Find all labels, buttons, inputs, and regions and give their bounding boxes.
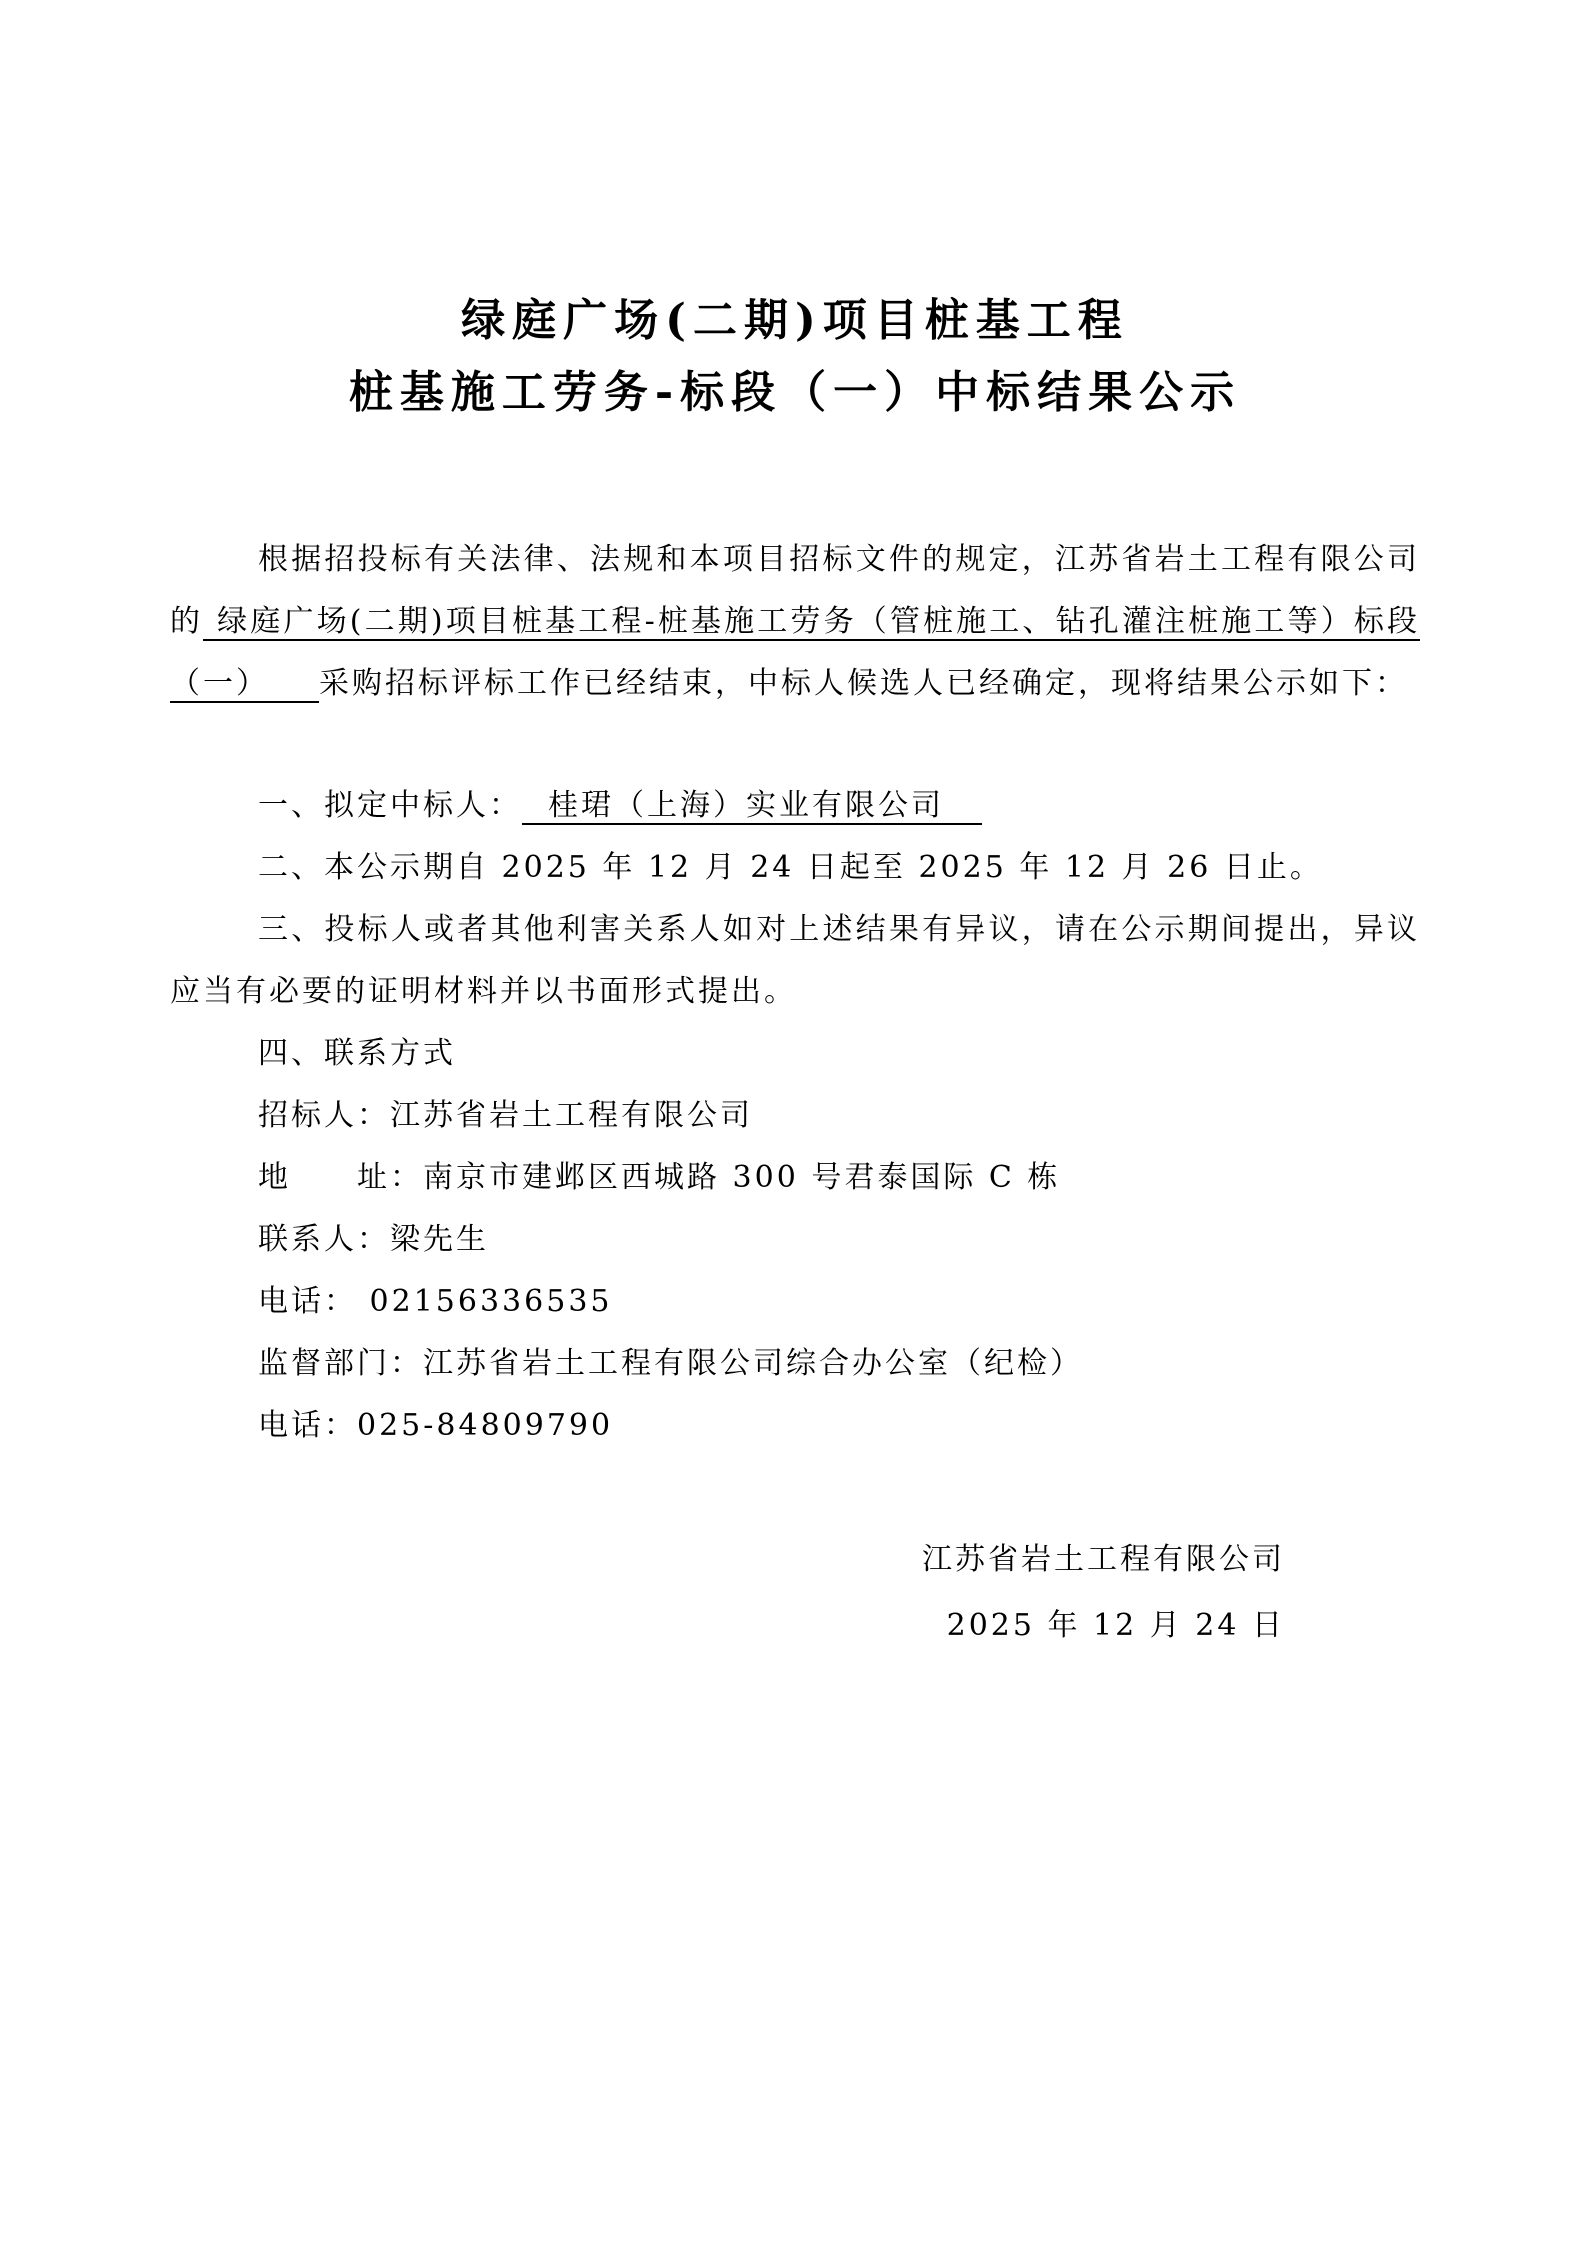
document-title: 绿庭广场(二期)项目桩基工程 桩基施工劳务-标段（一）中标结果公示: [170, 285, 1420, 429]
document-title-line-1: 绿庭广场(二期)项目桩基工程: [170, 285, 1420, 357]
item-contact-heading: 四、联系方式: [170, 1023, 1420, 1085]
signature-company: 江苏省岩土工程有限公司: [170, 1527, 1285, 1593]
contact-person: 联系人：梁先生: [170, 1209, 1420, 1271]
intro-paragraph: 根据招投标有关法律、法规和本项目招标文件的规定，江苏省岩土工程有限公司的绿庭广场…: [170, 529, 1420, 715]
winner-company-underlined: 桂珺（上海）实业有限公司: [522, 788, 982, 825]
contact-supervision: 监督部门：江苏省岩土工程有限公司综合办公室（纪检）: [170, 1333, 1420, 1395]
document-page: 绿庭广场(二期)项目桩基工程 桩基施工劳务-标段（一）中标结果公示 根据招投标有…: [0, 0, 1587, 2245]
contact-phone: 电话： 02156336535: [170, 1271, 1420, 1333]
contact-supervision-phone: 电话：025-84809790: [170, 1395, 1420, 1457]
signature-block: 江苏省岩土工程有限公司 2025 年 12 月 24 日: [170, 1527, 1420, 1659]
signature-date: 2025 年 12 月 24 日: [170, 1593, 1285, 1659]
document-title-line-2: 桩基施工劳务-标段（一）中标结果公示: [170, 357, 1420, 429]
contact-address: 地 址：南京市建邺区西城路 300 号君泰国际 C 栋: [170, 1147, 1420, 1209]
item-publicity-period: 二、本公示期自 2025 年 12 月 24 日起至 2025 年 12 月 2…: [170, 837, 1420, 899]
item-winner-label: 一、拟定中标人：: [258, 788, 522, 823]
item-winner: 一、拟定中标人：桂珺（上海）实业有限公司: [170, 775, 1420, 837]
item-objection: 三、投标人或者其他利害关系人如对上述结果有异议，请在公示期间提出，异议应当有必要…: [170, 899, 1420, 1023]
document-content: 绿庭广场(二期)项目桩基工程 桩基施工劳务-标段（一）中标结果公示 根据招投标有…: [170, 0, 1420, 1659]
intro-tail-text: 采购招标评标工作已经结束，中标人候选人已经确定，现将结果公示如下：: [319, 666, 1408, 701]
contact-tenderer: 招标人：江苏省岩土工程有限公司: [170, 1085, 1420, 1147]
